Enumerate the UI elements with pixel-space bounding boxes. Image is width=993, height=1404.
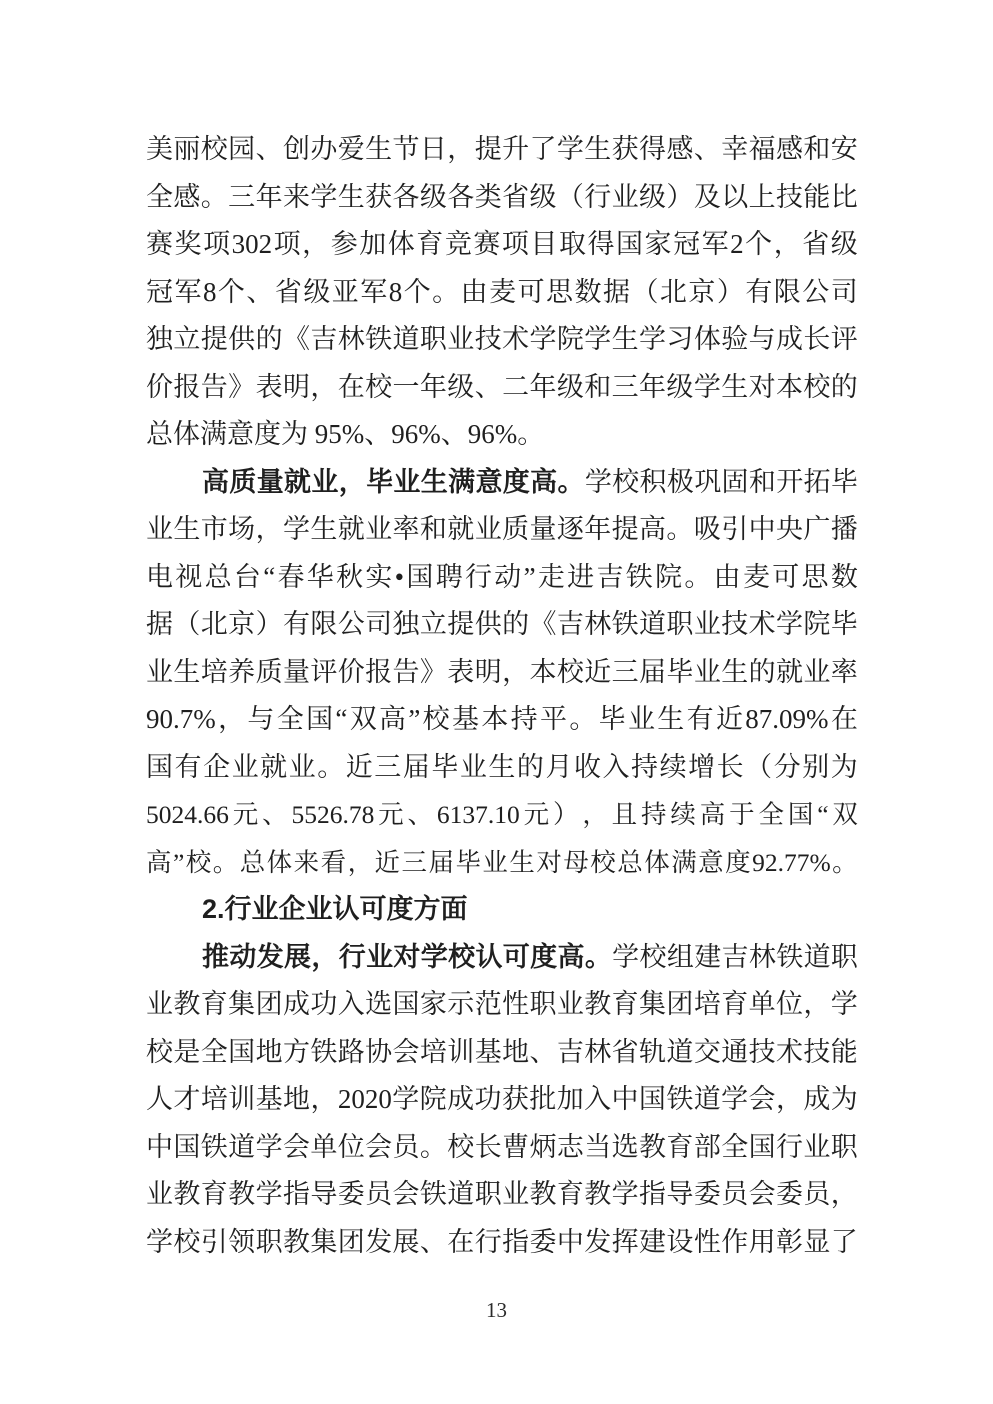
text-line: 冠军8个、省级亚军8个。由麦可思数据（北京）有限公司 xyxy=(146,269,858,317)
text-token: 级 xyxy=(666,364,693,412)
text-token: 年 xyxy=(584,506,611,554)
text-token: 年 xyxy=(529,364,556,412)
text-token: 了 xyxy=(529,126,556,174)
text-token: 园 xyxy=(228,126,255,174)
text-token: 上 xyxy=(749,174,776,222)
text-token: 长 xyxy=(475,1124,502,1172)
text-token: 明 xyxy=(283,364,310,412)
text-token: 类 xyxy=(475,174,502,222)
text-token: 高 xyxy=(379,696,406,744)
text-token: 京 xyxy=(228,601,255,649)
text-token: 北 xyxy=(660,269,687,317)
text-token: 三 xyxy=(612,649,639,697)
text-token: • xyxy=(395,554,404,602)
text-token: 团 xyxy=(256,981,283,1029)
text-token: 林 xyxy=(749,934,776,982)
text-token: 表 xyxy=(256,364,283,412)
text-token: 》 xyxy=(420,649,447,697)
text-token: 业 xyxy=(146,506,173,554)
text-token: 学 xyxy=(584,316,611,364)
text-token: 成 xyxy=(283,981,310,1029)
text-token: 发 xyxy=(584,1219,611,1267)
text-token: 获 xyxy=(612,126,639,174)
text-token: 双 xyxy=(350,696,377,744)
text-token: 业 xyxy=(460,744,487,792)
text-token: 评 xyxy=(310,649,337,697)
text-token: 感 xyxy=(666,126,693,174)
text-token: 林 xyxy=(584,1029,611,1077)
text-token: 就 xyxy=(260,744,287,792)
text-token: 教 xyxy=(584,1171,611,1219)
text-token: ， xyxy=(803,981,830,1029)
text-token: 高 xyxy=(530,459,557,507)
text-token: 本 xyxy=(529,649,556,697)
text-token: 的 xyxy=(831,364,858,412)
text-token: 亚 xyxy=(332,269,359,317)
text-token: 秋 xyxy=(336,554,363,602)
text-token: 当 xyxy=(584,1124,611,1172)
text-token: 委 xyxy=(529,1219,556,1267)
text-token: 近 xyxy=(716,696,743,744)
text-token: 学 xyxy=(612,934,639,982)
text-token: 个 xyxy=(404,269,431,317)
text-token: 持 xyxy=(631,744,658,792)
text-token: 量 xyxy=(257,459,284,507)
text-token: 8 xyxy=(389,269,403,317)
text-token: 有 xyxy=(687,696,714,744)
text-token: 业 xyxy=(694,601,721,649)
text-token: 、 xyxy=(256,126,283,174)
text-token: ） xyxy=(666,174,693,222)
text-token: 92.77% xyxy=(752,839,831,887)
text-token: 性 xyxy=(502,981,529,1029)
text-token: 员 xyxy=(365,1171,392,1219)
text-token: 会 xyxy=(283,1124,310,1172)
text-token: 届 xyxy=(639,649,666,697)
text-token: 校 xyxy=(186,839,212,887)
text-token: 军 xyxy=(702,221,729,269)
text-token: 提 xyxy=(201,316,228,364)
text-token: 技 xyxy=(776,174,803,222)
text-token: 级 xyxy=(420,174,447,222)
text-token: 教 xyxy=(228,1171,255,1219)
text-token: 高 xyxy=(557,934,584,982)
text-token: ， xyxy=(218,696,245,744)
text-token: 能 xyxy=(803,174,830,222)
text-token: 引 xyxy=(721,506,748,554)
text-token: 提 xyxy=(475,126,502,174)
text-token: 能 xyxy=(831,1029,858,1077)
text-token: 道 xyxy=(694,1076,721,1124)
text-token: 据 xyxy=(603,269,630,317)
text-token: 年 xyxy=(639,364,666,412)
text-token: 就 xyxy=(776,649,803,697)
text-token: 美 xyxy=(146,126,173,174)
text-token: 业 xyxy=(146,649,173,697)
text-token: 铁 xyxy=(365,316,392,364)
text-token: 公 xyxy=(338,601,365,649)
text-token: 吸 xyxy=(694,506,721,554)
text-token: 获 xyxy=(365,174,392,222)
text-line: 业教育教学指导委员会铁道职业教育教学指导委员会委员， xyxy=(146,1171,858,1219)
text-token: ） xyxy=(256,601,283,649)
text-token: 道 xyxy=(447,1171,474,1219)
text-token: 挥 xyxy=(612,1219,639,1267)
text-token: 团 xyxy=(338,1219,365,1267)
text-line: 独立提供的《吉林铁道职业技术学院学生学习体验与成长评 xyxy=(146,316,858,364)
text-token: 国 xyxy=(228,1029,255,1077)
text-token: 路 xyxy=(338,1029,365,1077)
text-token: 业 xyxy=(557,981,584,1029)
text-token: 吉 xyxy=(310,316,337,364)
text-token: 位 xyxy=(776,981,803,1029)
text-token: 5526.78 xyxy=(291,791,374,839)
text-token: 国 xyxy=(173,1124,200,1172)
text-token: 冠 xyxy=(673,221,700,269)
text-token: 、 xyxy=(420,1219,447,1267)
text-token: 生 xyxy=(721,364,748,412)
text-token: 的 xyxy=(749,649,776,697)
text-token: 训 xyxy=(447,1029,474,1077)
text-token: 8 xyxy=(203,269,217,317)
text-token: 家 xyxy=(420,981,447,1029)
text-token: 生 xyxy=(488,744,515,792)
text-token: 感 xyxy=(173,174,200,222)
text-token: 行 xyxy=(339,934,366,982)
text-token: 2020 xyxy=(338,1076,392,1124)
text-token: 校 xyxy=(146,1029,173,1077)
text-token: 吉 xyxy=(557,601,584,649)
text-token: 职 xyxy=(831,1124,858,1172)
text-token: 和 xyxy=(420,506,447,554)
text-token: 了 xyxy=(831,1219,858,1267)
text-token: 院 xyxy=(557,316,584,364)
text-token: 提 xyxy=(612,506,639,554)
text-token: 集 xyxy=(310,1219,337,1267)
text-token: 近 xyxy=(584,649,611,697)
text-token: 年 xyxy=(256,174,283,222)
text-token: 公 xyxy=(802,269,829,317)
text-token: 有 xyxy=(283,601,310,649)
text-token: 业 xyxy=(311,459,338,507)
text-token: 持 xyxy=(511,696,538,744)
text-token: 高 xyxy=(146,839,172,887)
text-token: 校 xyxy=(447,1124,474,1172)
text-token: 积 xyxy=(640,459,667,507)
text-token: 高 xyxy=(700,791,726,839)
text-token: 供 xyxy=(475,601,502,649)
text-token: 术 xyxy=(776,1029,803,1077)
text-token: 价 xyxy=(338,649,365,697)
text-line: 学校引领职教集团发展、在行指委中发挥建设性作用彰显了 xyxy=(146,1219,858,1267)
text-line: 据（北京）有限公司独立提供的《吉林铁道职业技术学院毕 xyxy=(146,601,858,649)
text-token: 告 xyxy=(393,649,420,697)
text-token: 个 xyxy=(218,269,245,317)
text-token: 显 xyxy=(803,1219,830,1267)
text-token: 参 xyxy=(331,221,358,269)
text-line: 价报告》表明，在校一年级、二年级和三年级学生对本校的 xyxy=(146,364,858,412)
text-token: 聘 xyxy=(436,554,463,602)
text-token: 得 xyxy=(639,126,666,174)
text-token: 独 xyxy=(393,601,420,649)
text-token: 校 xyxy=(590,839,616,887)
text-token: 春 xyxy=(277,554,304,602)
text-token: 学 xyxy=(831,981,858,1029)
text-token: 爱 xyxy=(338,126,365,174)
text-token: ） xyxy=(553,791,579,839)
text-token: 的 xyxy=(502,601,529,649)
text-token: 个 xyxy=(745,221,772,269)
text-token: 且 xyxy=(612,791,638,839)
text-token: 训 xyxy=(228,1076,255,1124)
text-token: 年 xyxy=(420,364,447,412)
text-token: 建 xyxy=(694,934,721,982)
text-token: 双 xyxy=(832,791,858,839)
text-line: 人才培训基地，2020学院成功获批加入中国铁道学会，成为 xyxy=(146,1076,858,1124)
text-token: 》 xyxy=(228,364,255,412)
text-token: 思 xyxy=(546,269,573,317)
text-token: 铁 xyxy=(666,1076,693,1124)
text-token: 会 xyxy=(749,1076,776,1124)
text-token: 级 xyxy=(303,269,330,317)
text-token: 元 xyxy=(233,791,259,839)
text-token: ， xyxy=(310,364,337,412)
text-token: ， xyxy=(256,506,283,554)
text-token: 和 xyxy=(749,459,776,507)
text-token: 术 xyxy=(502,316,529,364)
text-token: 协 xyxy=(365,1029,392,1077)
text-token: 业 xyxy=(393,459,420,507)
text-token: 。 xyxy=(557,459,584,507)
text-token: 极 xyxy=(667,459,694,507)
text-token: 元 xyxy=(378,791,404,839)
text-token: 中 xyxy=(749,506,776,554)
text-token: 员 xyxy=(803,1171,830,1219)
text-token: 率 xyxy=(831,649,858,697)
text-token: 毕 xyxy=(831,459,858,507)
text-token: 认 xyxy=(475,934,502,982)
text-token: 职 xyxy=(831,934,858,982)
text-token: 持 xyxy=(641,791,667,839)
text-token: 会 xyxy=(749,1171,776,1219)
text-token: 三 xyxy=(374,744,401,792)
text-token: 校 xyxy=(612,459,639,507)
text-token: 铁 xyxy=(626,554,653,602)
text-line: 美丽校园、创办爱生节日，提升了学生获得感、幸福感和安 xyxy=(146,126,858,174)
text-token: 养 xyxy=(228,649,255,697)
text-token: 地 xyxy=(502,1029,529,1077)
text-token: 学 xyxy=(421,934,448,982)
text-token: 中 xyxy=(612,1076,639,1124)
text-token: 才 xyxy=(173,1076,200,1124)
text-token: 来 xyxy=(283,174,310,222)
text-token: 生 xyxy=(721,649,748,697)
text-token: 由 xyxy=(714,554,741,602)
text-token: 用 xyxy=(749,1219,776,1267)
text-token: 业 xyxy=(447,316,474,364)
text-token: 质 xyxy=(229,459,256,507)
text-token: ， xyxy=(776,1076,803,1124)
text-token: 独 xyxy=(146,316,173,364)
text-token: 道 xyxy=(804,934,831,982)
text-token: 和 xyxy=(803,126,830,174)
text-token: 与 xyxy=(749,316,776,364)
text-token: 方 xyxy=(283,1029,310,1077)
text-token: 院 xyxy=(420,1076,447,1124)
text-token: 级 xyxy=(447,364,474,412)
text-token: 、 xyxy=(246,269,273,317)
text-token: 由 xyxy=(461,269,488,317)
text-token: 体 xyxy=(694,316,721,364)
text-token: 近 xyxy=(375,839,401,887)
text-token: 高 xyxy=(202,459,229,507)
text-token: 司 xyxy=(365,601,392,649)
text-token: 。 xyxy=(832,839,858,887)
text-token: 员 xyxy=(393,1124,420,1172)
text-token: 毕 xyxy=(455,839,481,887)
text-token: 全 xyxy=(201,1029,228,1077)
text-token: 司 xyxy=(831,269,858,317)
text-token: 毕 xyxy=(599,696,626,744)
text-token: 行 xyxy=(776,1124,803,1172)
text-token: 级 xyxy=(639,174,666,222)
text-token: 业 xyxy=(366,934,393,982)
text-token: 育 xyxy=(201,981,228,1029)
text-token: 学 xyxy=(310,174,337,222)
text-token: 奖 xyxy=(175,221,202,269)
text-token: ） xyxy=(717,269,744,317)
text-token: ， xyxy=(311,934,338,982)
text-token: 技 xyxy=(721,601,748,649)
text-token: 基 xyxy=(256,1076,283,1124)
text-token: 教 xyxy=(173,981,200,1029)
text-token: 央 xyxy=(776,506,803,554)
text-token: 。 xyxy=(420,1124,447,1172)
text-token: 收 xyxy=(574,744,601,792)
text-token: 拓 xyxy=(804,459,831,507)
text-token: 生 xyxy=(612,316,639,364)
text-token: 会 xyxy=(393,1171,420,1219)
text-token: 单 xyxy=(310,1124,337,1172)
text-token: ， xyxy=(502,649,529,697)
text-token: 组 xyxy=(667,934,694,982)
text-token: 入 xyxy=(584,1076,611,1124)
text-line: 高”校。总体来看，近三届毕业生对母校总体满意度92.77%。 xyxy=(146,839,858,887)
text-token: 育 xyxy=(666,1124,693,1172)
text-token: 增 xyxy=(688,744,715,792)
text-token: 范 xyxy=(475,981,502,1029)
text-token: 对 xyxy=(536,839,562,887)
text-token: 体 xyxy=(267,839,293,887)
text-token: 业 xyxy=(146,1171,173,1219)
text-line: 高质量就业，毕业生满意度高。学校积极巩固和开拓毕 xyxy=(146,459,858,507)
text-token: 业 xyxy=(694,649,721,697)
text-token: 设 xyxy=(666,1219,693,1267)
text-token: 全 xyxy=(721,1124,748,1172)
text-token: 分 xyxy=(774,744,801,792)
text-token: 的 xyxy=(517,744,544,792)
text-token: 意 xyxy=(698,839,724,887)
text-token: 展 xyxy=(393,1219,420,1267)
text-token: 铁 xyxy=(420,1171,447,1219)
text-token: 吉 xyxy=(722,934,749,982)
text-token: 毕 xyxy=(431,744,458,792)
text-token: 学 xyxy=(557,126,584,174)
text-token: 告 xyxy=(201,364,228,412)
text-token: 思 xyxy=(802,554,829,602)
text-token: 安 xyxy=(831,126,858,174)
text-token: 别 xyxy=(802,744,829,792)
text-token: 国 xyxy=(393,981,420,1029)
text-token: 届 xyxy=(428,839,454,887)
text-token: 获 xyxy=(502,1076,529,1124)
text-token: 对 xyxy=(393,934,420,982)
text-token: 得 xyxy=(587,221,614,269)
text-token: 学 xyxy=(256,1124,283,1172)
text-token: 道 xyxy=(639,601,666,649)
text-token: 级 xyxy=(529,174,556,222)
text-token: 本 xyxy=(481,696,508,744)
text-token: ， xyxy=(348,839,374,887)
text-line: 推动发展，行业对学校认可度高。学校组建吉林铁道职 xyxy=(146,934,858,982)
text-token: 业 xyxy=(612,174,639,222)
text-token: 业 xyxy=(146,981,173,1029)
text-token: 就 xyxy=(338,506,365,554)
text-line: 校是全国地方铁路协会培训基地、吉林省轨道交通技术技能 xyxy=(146,1029,858,1077)
text-token: 导 xyxy=(666,1171,693,1219)
text-token: 长 xyxy=(717,744,744,792)
text-token: 育 xyxy=(721,981,748,1029)
text-token: 明 xyxy=(475,649,502,697)
text-token: 生 xyxy=(421,459,448,507)
text-token: 满 xyxy=(671,839,697,887)
text-token: 据 xyxy=(146,601,173,649)
text-token: 元 xyxy=(524,791,550,839)
text-token: 成 xyxy=(776,316,803,364)
text-token: 导 xyxy=(310,1171,337,1219)
text-token: 选 xyxy=(612,1124,639,1172)
text-line: 中国铁道学会单位会员。校长曹炳志当选教育部全国行业职 xyxy=(146,1124,858,1172)
text-token: 5024.66 xyxy=(146,791,229,839)
text-token: 国 xyxy=(146,744,173,792)
text-token: 项 xyxy=(274,221,301,269)
text-token: 毕 xyxy=(666,649,693,697)
text-token: 生 xyxy=(365,126,392,174)
text-token: 。 xyxy=(201,174,228,222)
text-token: 生 xyxy=(310,506,337,554)
text-token: 吉 xyxy=(557,1029,584,1077)
text-token: 的 xyxy=(256,316,283,364)
text-token: 作 xyxy=(721,1219,748,1267)
text-token: ， xyxy=(831,1171,858,1219)
text-token: 学 xyxy=(256,1171,283,1219)
text-token: 限 xyxy=(774,269,801,317)
text-token: 学 xyxy=(283,506,310,554)
text-token: 可 xyxy=(772,554,799,602)
text-token: 对 xyxy=(749,364,776,412)
text-token: 企 xyxy=(203,744,230,792)
text-token: 。 xyxy=(585,934,612,982)
text-token: 、 xyxy=(529,1029,556,1077)
text-token: 比 xyxy=(831,174,858,222)
text-token: 军 xyxy=(174,269,201,317)
text-token: 赛 xyxy=(473,221,500,269)
text-token: 目 xyxy=(530,221,557,269)
text-token: 台 xyxy=(234,554,261,602)
text-token: 地 xyxy=(283,1076,310,1124)
text-token: 道 xyxy=(666,1029,693,1077)
text-token: （ xyxy=(173,601,200,649)
